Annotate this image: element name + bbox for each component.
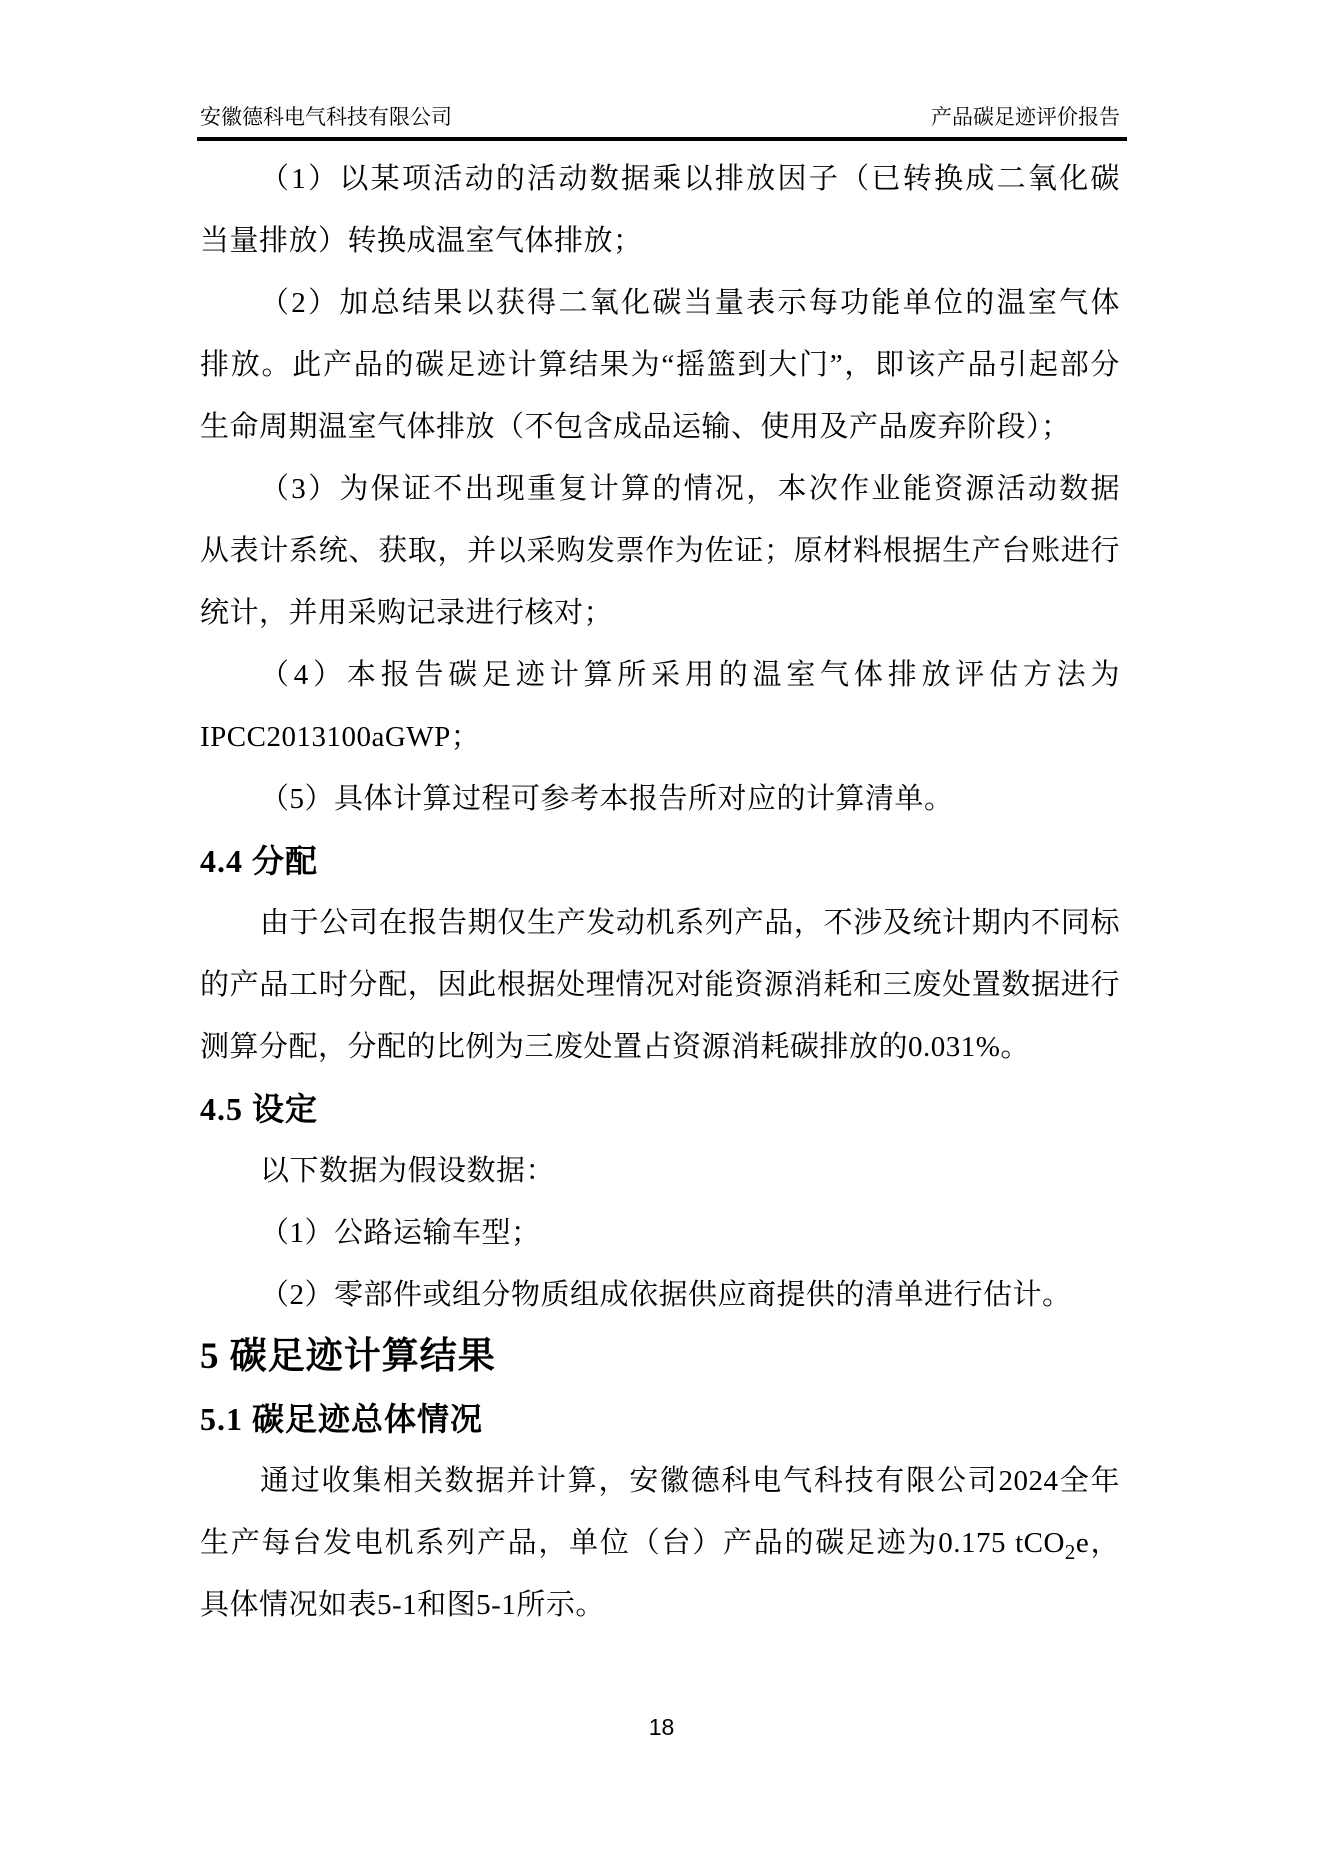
page-footer: 18 <box>0 1712 1323 1742</box>
section-heading: 5 碳足迹计算结果 <box>200 1326 1120 1388</box>
text-line: 统计，并用采购记录进行核对； <box>200 582 1120 644</box>
header-company-name: 安徽德科电气科技有限公司 <box>200 103 452 131</box>
text-line: 以下数据为假设数据： <box>200 1140 1120 1202</box>
text-line: 排放。此产品的碳足迹计算结果为“摇篮到大门”，即该产品引起部分 <box>200 334 1120 396</box>
text-line: （5）具体计算过程可参考本报告所对应的计算清单。 <box>200 768 1120 830</box>
text-line: （2）零部件或组分物质组成依据供应商提供的清单进行估计。 <box>200 1264 1120 1326</box>
text-line: 的产品工时分配，因此根据处理情况对能资源消耗和三废处置数据进行 <box>200 954 1120 1016</box>
page-number: 18 <box>649 1714 675 1740</box>
document-body: （1）以某项活动的活动数据乘以排放因子（已转换成二氧化碳当量排放）转换成温室气体… <box>200 148 1120 1636</box>
text-line: （1）公路运输车型； <box>200 1202 1120 1264</box>
text-line: 当量排放）转换成温室气体排放； <box>200 210 1120 272</box>
section-heading: 4.4 分配 <box>200 830 1120 892</box>
text-line: 具体情况如表5-1和图5-1所示。 <box>200 1574 1120 1636</box>
header-rule <box>197 137 1127 141</box>
text-line: （4）本报告碳足迹计算所采用的温室气体排放评估方法为 <box>200 644 1120 706</box>
header-report-title: 产品碳足迹评价报告 <box>931 103 1120 131</box>
text-line: 从表计系统、获取，并以采购发票作为佐证；原材料根据生产台账进行 <box>200 520 1120 582</box>
text-line: 生产每台发电机系列产品，单位（台）产品的碳足迹为0.175 tCO2e， <box>200 1512 1120 1574</box>
text-line: （2）加总结果以获得二氧化碳当量表示每功能单位的温室气体 <box>200 272 1120 334</box>
section-heading: 5.1 碳足迹总体情况 <box>200 1388 1120 1450</box>
section-heading: 4.5 设定 <box>200 1078 1120 1140</box>
text-line: （1）以某项活动的活动数据乘以排放因子（已转换成二氧化碳 <box>200 148 1120 210</box>
text-line: IPCC2013100aGWP； <box>200 706 1120 768</box>
page-header: 安徽德科电气科技有限公司 产品碳足迹评价报告 <box>200 103 1120 131</box>
text-line: 通过收集相关数据并计算，安徽德科电气科技有限公司2024全年 <box>200 1450 1120 1512</box>
text-line: 由于公司在报告期仅生产发动机系列产品，不涉及统计期内不同标 <box>200 892 1120 954</box>
text-line: （3）为保证不出现重复计算的情况，本次作业能资源活动数据 <box>200 458 1120 520</box>
text-line: 测算分配，分配的比例为三废处置占资源消耗碳排放的0.031%。 <box>200 1016 1120 1078</box>
text-line: 生命周期温室气体排放（不包含成品运输、使用及产品废弃阶段）； <box>200 396 1120 458</box>
document-page: 安徽德科电气科技有限公司 产品碳足迹评价报告 （1）以某项活动的活动数据乘以排放… <box>0 0 1323 1871</box>
